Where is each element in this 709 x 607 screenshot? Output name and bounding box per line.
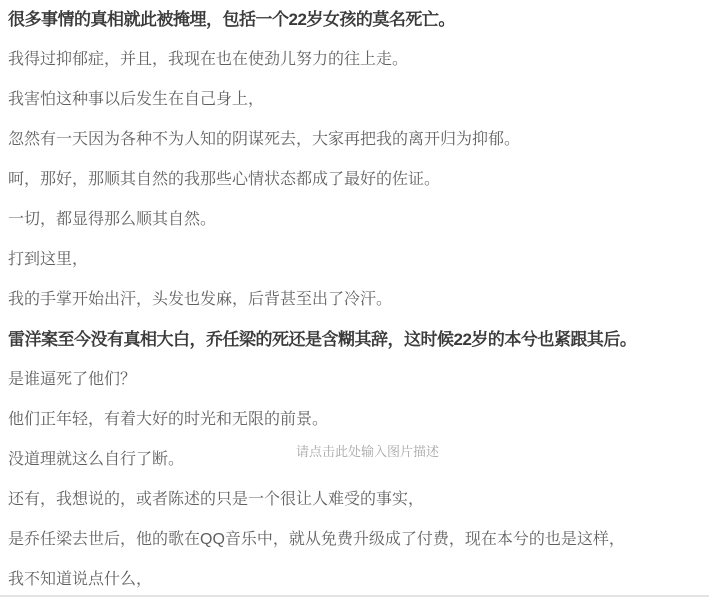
paragraph: 我害怕这种事以后发生在自己身上， — [8, 80, 709, 120]
paragraph: 是谁逼死了他们？ — [8, 360, 709, 400]
paragraph: 我不知道说点什么， — [8, 560, 709, 600]
paragraph: 忽然有一天因为各种不为人知的阴谋死去，大家再把我的离开归为抑郁。 — [8, 120, 709, 160]
paragraph-lead: 很多事情的真相就此被掩埋，包括一个22岁女孩的莫名死亡。 — [8, 0, 709, 40]
paragraph: 我得过抑郁症，并且，我现在也在使劲儿努力的往上走。 — [8, 40, 709, 80]
article-page: 很多事情的真相就此被掩埋，包括一个22岁女孩的莫名死亡。 我得过抑郁症，并且，我… — [0, 0, 709, 607]
paragraph: 打到这里， — [8, 240, 709, 280]
image-caption-placeholder[interactable]: 请点击此处输入图片描述 — [296, 444, 439, 460]
paragraph: 我的手掌开始出汗，头发也发麻，后背甚至出了冷汗。 — [8, 280, 709, 320]
paragraph: 呵，那好，那顺其自然的我那些心情状态都成了最好的佐证。 — [8, 160, 709, 200]
paragraph: 一切，都显得那么顺其自然。 — [8, 200, 709, 240]
article-content: 很多事情的真相就此被掩埋，包括一个22岁女孩的莫名死亡。 我得过抑郁症，并且，我… — [0, 0, 709, 600]
paragraph: 他们正年轻，有着大好的时光和无限的前景。 — [8, 400, 709, 440]
paragraph: 还有，我想说的，或者陈述的只是一个很让人难受的事实， — [8, 480, 709, 520]
paragraph: 是乔任梁去世后，他的歌在QQ音乐中，就从免费升级成了付费，现在本兮的也是这样， — [8, 520, 709, 560]
paragraph-emphasis: 雷洋案至今没有真相大白，乔任梁的死还是含糊其辞，这时候22岁的本兮也紧跟其后。 — [8, 320, 709, 360]
bottom-divider — [0, 595, 709, 597]
